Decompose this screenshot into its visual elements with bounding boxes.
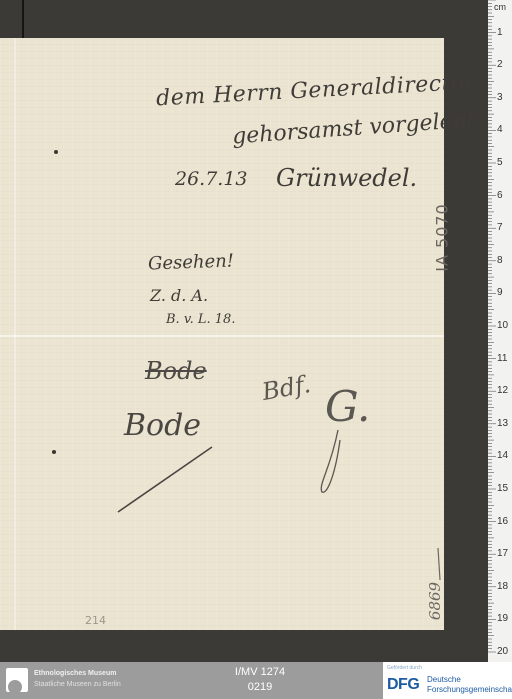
item-identifier: I/MV 1274 0219 (200, 665, 320, 695)
handwritten-signature-bode: Bode (124, 408, 201, 443)
scan-background: dem Herrn Generaldirector gehorsamst vor… (0, 0, 512, 662)
museum-logo-icon (6, 668, 28, 692)
ruler-label: 3 (497, 92, 503, 103)
ruler-label: 10 (497, 320, 508, 331)
ruler-label: 20 (497, 646, 508, 657)
scan-edge-line (22, 0, 24, 38)
ruler-label: 16 (497, 516, 508, 527)
ruler-label: 6 (497, 190, 503, 201)
punch-hole (52, 450, 56, 454)
horizontal-fold (0, 335, 444, 337)
ruler-unit: cm (494, 2, 506, 12)
vertical-fold (14, 38, 16, 630)
ruler-label: 8 (497, 255, 503, 266)
institution-name: Ethnologisches Museum (34, 670, 116, 677)
ruler-label: 1 (497, 27, 503, 38)
handwritten-date: 26.7.13 (175, 168, 248, 190)
handwritten-note-ref: B. v. L. 18. (166, 312, 235, 327)
inventory-number: I/MV 1274 (200, 665, 320, 680)
punch-hole (54, 150, 58, 154)
page-number: 0219 (200, 680, 320, 695)
ruler-label: 14 (497, 450, 508, 461)
bottom-archive-number: 6869 (426, 582, 444, 620)
handwritten-initial-g: G. (325, 382, 370, 431)
ruler-label: 7 (497, 222, 503, 233)
dfg-logo-icon: DFG (387, 676, 419, 694)
funder-name-line2: Forschungsgemeinschaft (427, 685, 512, 694)
crossed-out-signature: Bode (145, 357, 207, 385)
institution-subtitle: Staatliche Museen zu Berlin (34, 681, 121, 688)
vertical-annotation: IA 5070 (433, 203, 452, 271)
ruler-label: 9 (497, 287, 503, 298)
handwritten-note-seen: Gesehen! (148, 251, 235, 275)
funder-name-line1: Deutsche (427, 675, 461, 684)
ruler-label: 17 (497, 548, 508, 559)
ruler-label: 19 (497, 613, 508, 624)
ruler-label: 18 (497, 581, 508, 592)
handwritten-signature-gruenwedel: Grünwedel. (276, 164, 417, 192)
measurement-ruler: cm 1234567891011121314151617181920 (488, 0, 512, 662)
handwritten-note-zda: Z. d. A. (150, 286, 208, 305)
footer-bar: Ethnologisches Museum Staatliche Museen … (0, 662, 512, 699)
ruler-label: 4 (497, 124, 503, 135)
ruler-label: 11 (497, 353, 507, 364)
ruler-label: 15 (497, 483, 508, 494)
ruler-label: 13 (497, 418, 508, 429)
funder-logo: Gefördert durch DFG Deutsche Forschungsg… (383, 662, 512, 699)
ruler-label: 2 (497, 59, 503, 70)
pencil-note: 214 (85, 614, 106, 627)
funder-caption: Gefördert durch (387, 665, 422, 671)
ruler-label: 12 (497, 385, 508, 396)
ruler-label: 5 (497, 157, 503, 168)
